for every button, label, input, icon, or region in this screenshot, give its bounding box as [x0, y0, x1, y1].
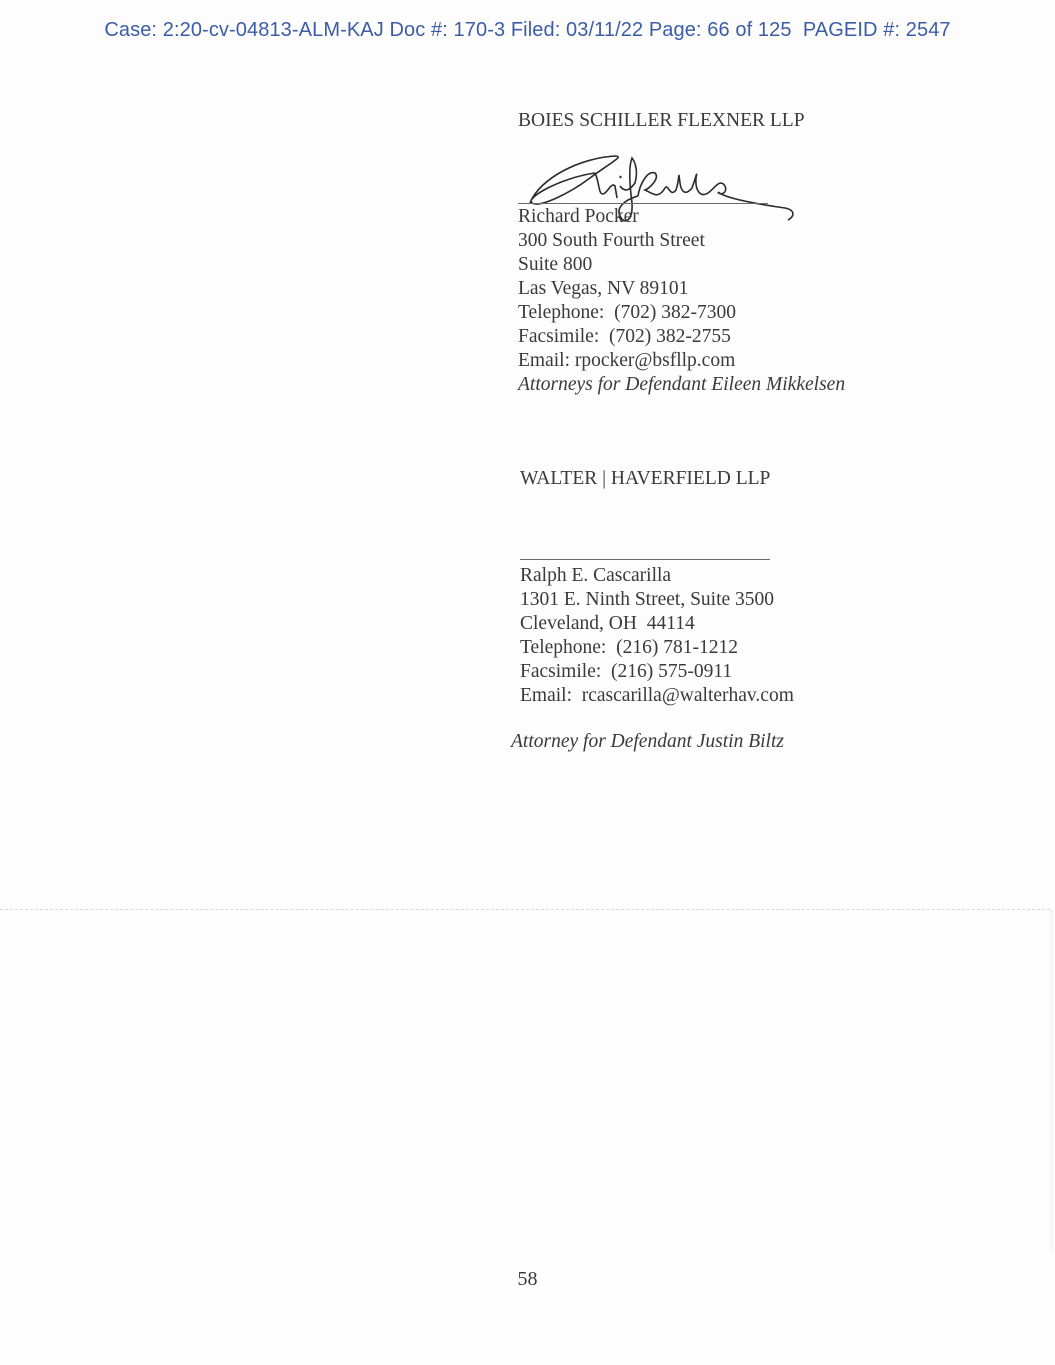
- email: Email: rpocker@bsfllp.com: [518, 349, 845, 373]
- representation-role: Attorney for Defendant Justin Biltz: [511, 731, 784, 753]
- address-line: Cleveland, OH 44114: [520, 612, 794, 636]
- signature-line-1: [518, 203, 768, 204]
- representation-role: Attorneys for Defendant Eileen Mikkelsen: [518, 373, 845, 397]
- email: Email: rcascarilla@walterhav.com: [520, 684, 794, 708]
- case-header-stamp: Case: 2:20-cv-04813-ALM-KAJ Doc #: 170-3…: [0, 19, 1055, 42]
- facsimile: Facsimile: (702) 382-2755: [518, 325, 845, 349]
- signature-block-walter-haverfield: Ralph E. Cascarilla 1301 E. Ninth Street…: [520, 564, 794, 708]
- address-line: Suite 800: [518, 253, 845, 277]
- page-number: 58: [0, 1268, 1055, 1291]
- signature-block-boies: Richard Pocker 300 South Fourth Street S…: [518, 205, 845, 397]
- scan-edge-artifact: [1051, 910, 1052, 1250]
- attorney-name: Richard Pocker: [518, 205, 845, 229]
- scan-fold-line: [0, 909, 1050, 910]
- telephone: Telephone: (702) 382-7300: [518, 301, 845, 325]
- signature-line-2: [520, 559, 770, 560]
- telephone: Telephone: (216) 781-1212: [520, 636, 794, 660]
- address-line: 300 South Fourth Street: [518, 229, 845, 253]
- firm-name-boies: BOIES SCHILLER FLEXNER LLP: [518, 110, 805, 132]
- address-line: 1301 E. Ninth Street, Suite 3500: [520, 588, 794, 612]
- firm-name-walter-haverfield: WALTER | HAVERFIELD LLP: [520, 468, 770, 490]
- facsimile: Facsimile: (216) 575-0911: [520, 660, 794, 684]
- attorney-name: Ralph E. Cascarilla: [520, 564, 794, 588]
- address-line: Las Vegas, NV 89101: [518, 277, 845, 301]
